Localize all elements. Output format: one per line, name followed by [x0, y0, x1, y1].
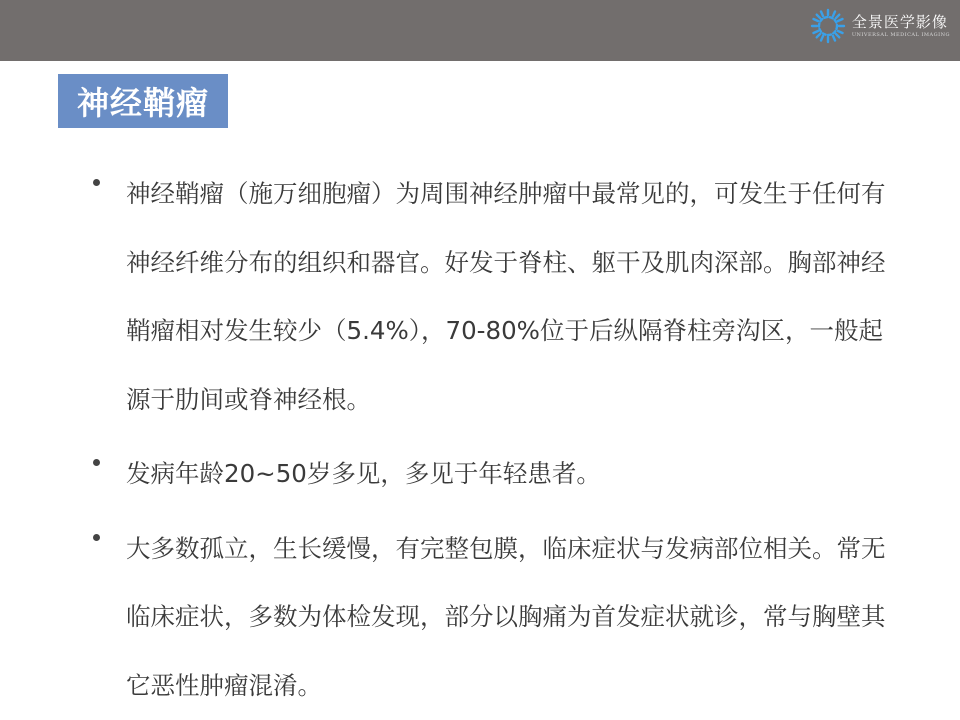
brand-logo: 全景医学影像 UNIVERSAL MEDICAL IMAGING	[810, 8, 950, 44]
bullet-list: 神经鞘瘤（施万细胞瘤）为周围神经肿瘤中最常见的，可发生于任何有神经纤维分布的组织…	[88, 160, 908, 720]
bullet-text: 发病年龄20~50岁多见，多见于年轻患者。	[126, 440, 908, 509]
bullet-item: 大多数孤立，生长缓慢，有完整包膜，临床症状与发病部位相关。常无临床症状，多数为体…	[88, 515, 908, 720]
bullet-dot-icon	[93, 534, 100, 541]
bullet-item: 神经鞘瘤（施万细胞瘤）为周围神经肿瘤中最常见的，可发生于任何有神经纤维分布的组织…	[88, 160, 908, 434]
bullet-text: 神经鞘瘤（施万细胞瘤）为周围神经肿瘤中最常见的，可发生于任何有神经纤维分布的组织…	[126, 160, 886, 434]
bullet-dot-icon	[93, 179, 100, 186]
header-bar: 全景医学影像 UNIVERSAL MEDICAL IMAGING	[0, 0, 960, 61]
bullet-text: 大多数孤立，生长缓慢，有完整包膜，临床症状与发病部位相关。常无临床症状，多数为体…	[126, 515, 906, 720]
logo-name-en: UNIVERSAL MEDICAL IMAGING	[852, 31, 950, 39]
slide-title: 神经鞘瘤	[77, 78, 209, 124]
bullet-dot-icon	[93, 459, 100, 466]
bullet-item: 发病年龄20~50岁多见，多见于年轻患者。	[88, 440, 908, 509]
slide-title-box: 神经鞘瘤	[58, 74, 228, 128]
logo-name-cn: 全景医学影像	[852, 13, 950, 31]
sun-ring-logo-icon	[810, 8, 846, 44]
